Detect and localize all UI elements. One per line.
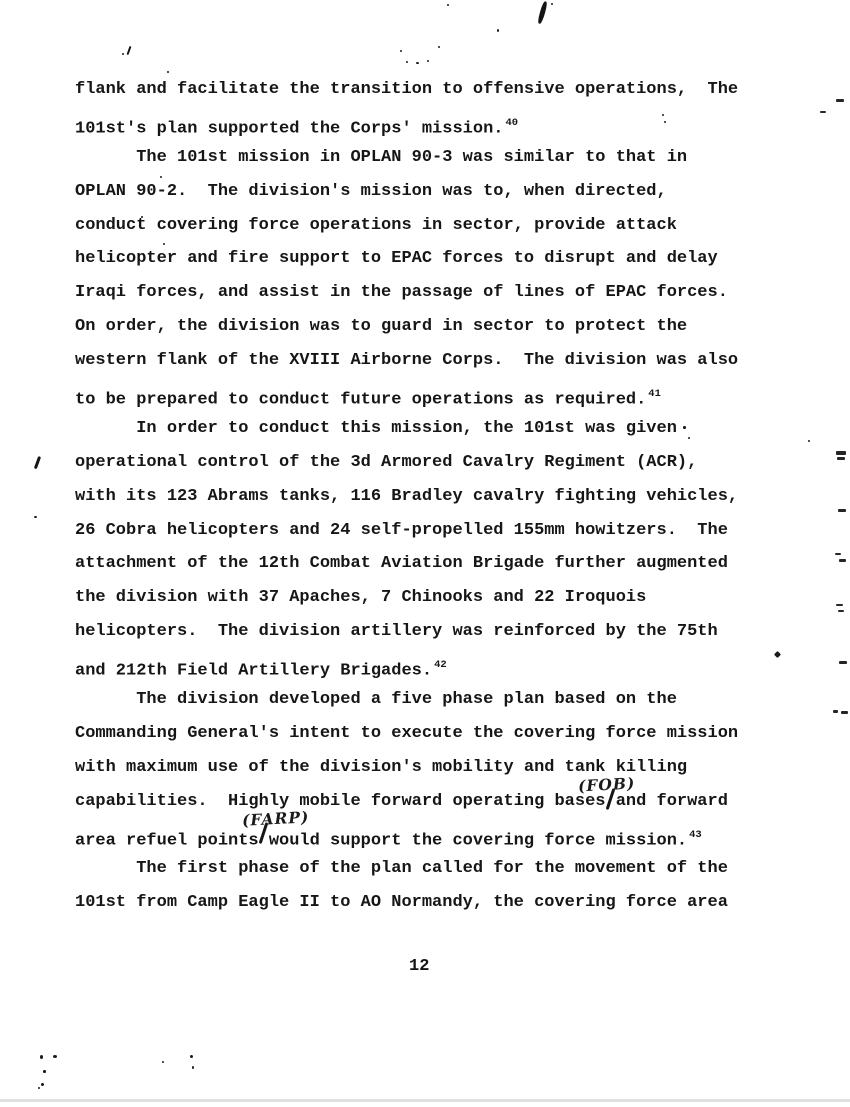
ink-dash [838, 610, 844, 612]
text-line: In order to conduct this mission, the 10… [75, 412, 738, 446]
ink-speckle [416, 62, 419, 64]
ink-speckle [447, 4, 449, 6]
handwritten-annotation-farp: (FARP) [242, 807, 310, 829]
ink-speckle [688, 437, 690, 439]
text-line: area refuel points would support the cov… [75, 819, 738, 853]
ink-speckle [127, 46, 132, 55]
ink-dash [836, 99, 844, 102]
ink-speckle [664, 121, 666, 123]
ink-speckle [141, 216, 143, 218]
text-line: operational control of the 3d Armored Ca… [75, 446, 738, 480]
ink-speckle [162, 1061, 164, 1063]
ink-dash [839, 559, 846, 562]
footnote-ref: 41 [648, 388, 661, 400]
text-line: 26 Cobra helicopters and 24 self-propell… [75, 514, 738, 548]
ink-speckle [551, 3, 553, 5]
ink-speckle [406, 61, 408, 63]
ink-speckle [427, 60, 429, 62]
footnote-ref: 42 [434, 659, 447, 671]
typewritten-text: flank and facilitate the transition to o… [75, 73, 738, 920]
ink-speckle [43, 1070, 46, 1073]
text-line: The first phase of the plan called for t… [75, 852, 738, 886]
ink-speckle [160, 176, 162, 178]
text-line: with maximum use of the division's mobil… [75, 751, 738, 785]
text-line: 101st's plan supported the Corps' missio… [75, 107, 738, 141]
text-line: helicopters. The division artillery was … [75, 615, 738, 649]
text-line: The division developed a five phase plan… [75, 683, 738, 717]
ink-speckle [190, 1055, 193, 1058]
ink-speckle [163, 243, 165, 245]
scan-edge-line [0, 1099, 850, 1102]
text-line: OPLAN 90-2. The division's mission was t… [75, 175, 738, 209]
text-line: On order, the division was to guard in s… [75, 310, 738, 344]
ink-speckle [40, 1055, 43, 1059]
ink-speckle [53, 1055, 57, 1058]
ink-speckle [438, 46, 440, 48]
ink-dash [839, 661, 847, 664]
ink-dash [836, 604, 843, 606]
text-line: helicopter and fire support to EPAC forc… [75, 242, 738, 276]
text-line: to be prepared to conduct future operati… [75, 378, 738, 412]
ink-dash [836, 451, 846, 455]
ink-dash [833, 710, 838, 713]
ink-speckle [400, 50, 402, 52]
text-line: the division with 37 Apaches, 7 Chinooks… [75, 581, 738, 615]
ink-speckle [774, 651, 781, 658]
footnote-ref: 43 [689, 829, 702, 841]
ink-speckle [808, 440, 810, 442]
text-line: Iraqi forces, and assist in the passage … [75, 276, 738, 310]
ink-dash [820, 111, 826, 113]
ink-speckle [683, 426, 686, 429]
ink-dash [841, 711, 848, 714]
text-line: Commanding General's intent to execute t… [75, 717, 738, 751]
text-line: capabilities. Highly mobile forward oper… [75, 785, 738, 819]
text-line: attachment of the 12th Combat Aviation B… [75, 547, 738, 581]
margin-slash-mark [34, 456, 41, 469]
ink-speckle [41, 1083, 44, 1086]
text-line: with its 123 Abrams tanks, 116 Bradley c… [75, 480, 738, 514]
ink-speckle [662, 114, 664, 116]
document-page: flank and facilitate the transition to o… [0, 0, 850, 1107]
page-number: 12 [409, 957, 429, 977]
handwritten-check-mark [537, 1, 548, 24]
ink-dash [835, 553, 841, 555]
text-line: western flank of the XVIII Airborne Corp… [75, 344, 738, 378]
footnote-ref: 40 [505, 117, 518, 129]
ink-speckle [192, 1066, 194, 1069]
ink-speckle [122, 53, 124, 55]
ink-dash [838, 509, 846, 512]
handwritten-annotation-fob: (FOB) [578, 774, 636, 796]
text-line: 101st from Camp Eagle II to AO Normandy,… [75, 886, 738, 920]
ink-speckle [167, 71, 169, 73]
ink-speckle [497, 29, 499, 32]
text-line: conduct covering force operations in sec… [75, 209, 738, 243]
ink-dash [837, 457, 845, 460]
text-line: The 101st mission in OPLAN 90-3 was simi… [75, 141, 738, 175]
ink-speckle [38, 1087, 40, 1089]
ink-speckle [34, 516, 37, 518]
text-line: flank and facilitate the transition to o… [75, 73, 738, 107]
text-line: and 212th Field Artillery Brigades.42 [75, 649, 738, 683]
